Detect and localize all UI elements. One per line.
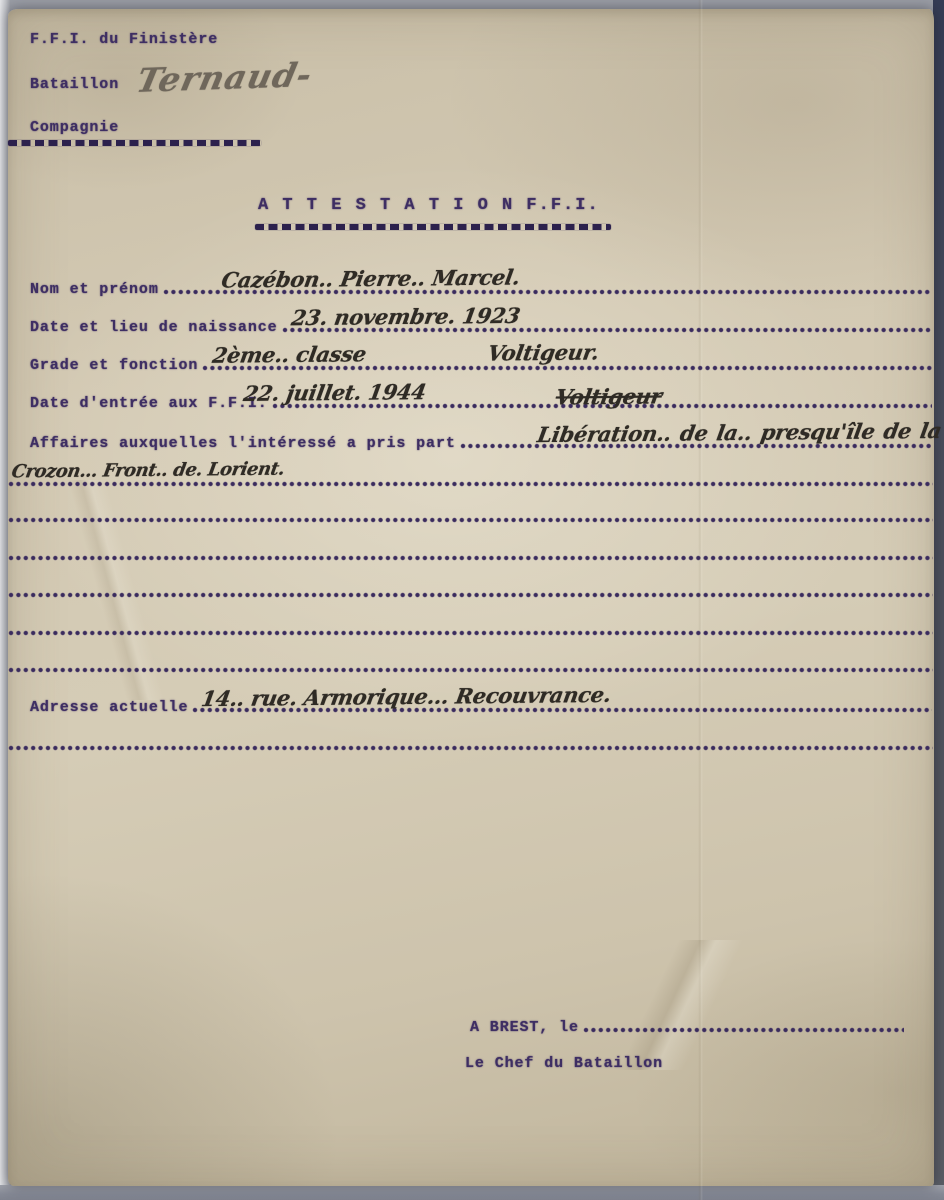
scanned-attestation-document: F.F.I. du Finistère Bataillon Ternaud- C… xyxy=(0,0,944,1200)
signatory-line: Le Chef du Bataillon xyxy=(465,1055,663,1077)
document-title: A T T E S T A T I O N F.F.I. xyxy=(258,196,600,218)
dotted-line-empty xyxy=(8,617,933,639)
field-row-rank: Grade et fonction xyxy=(30,352,932,374)
birth-label: Date et lieu de naissance xyxy=(30,319,278,336)
name-label: Nom et prénom xyxy=(30,281,159,298)
name-handwritten-value: Cazébon.. Pierre.. Marcel. xyxy=(220,264,522,292)
entry-struck-word: Voltigeur xyxy=(554,383,664,409)
paper-crease-bottom xyxy=(430,940,910,1070)
rank-handwritten-value-2: Voltigeur. xyxy=(486,339,601,365)
birth-handwritten-value: 23. novembre. 1923 xyxy=(290,303,522,330)
dotted-line-empty xyxy=(8,504,933,526)
header-dashed-rule xyxy=(8,140,261,146)
footer-place-row: A BREST, le xyxy=(470,1014,904,1036)
company-label: Compagnie xyxy=(30,119,119,141)
address-handwritten-value: 14.. rue. Armorique... Recouvrance. xyxy=(200,682,614,711)
dotted-line-empty xyxy=(8,542,933,564)
title-dashed-underline xyxy=(255,224,611,230)
address-label: Adresse actuelle xyxy=(30,699,188,716)
dotted-leader xyxy=(583,1014,904,1036)
actions-handwritten-line2: Crozon... Front.. de. Lorient. xyxy=(10,459,286,483)
rank-handwritten-value-1: 2ème.. classe xyxy=(211,341,368,368)
battalion-handwritten-value: Ternaud- xyxy=(133,55,316,100)
dotted-line-empty xyxy=(8,732,933,754)
field-row-entry-date: Date d'entrée aux F.F.I. xyxy=(30,390,932,412)
rank-label: Grade et fonction xyxy=(30,357,198,374)
battalion-label: Bataillon xyxy=(30,76,119,98)
actions-label: Affaires auxquelles l'intéressé a pris p… xyxy=(30,435,456,452)
place-line: A BREST, le xyxy=(470,1019,579,1036)
org-line: F.F.I. du Finistère xyxy=(30,31,218,53)
dotted-line-empty xyxy=(8,654,933,676)
dotted-line-empty xyxy=(8,579,933,601)
entry-handwritten-value: 22. juillet. 1944 xyxy=(242,379,428,406)
entry-label: Date d'entrée aux F.F.I. xyxy=(30,395,268,412)
actions-handwritten-line1: Libération.. de la.. presqu'île de la xyxy=(536,418,944,447)
scanner-edge-right xyxy=(933,0,944,1200)
scanner-edge-bottom xyxy=(0,1185,944,1200)
